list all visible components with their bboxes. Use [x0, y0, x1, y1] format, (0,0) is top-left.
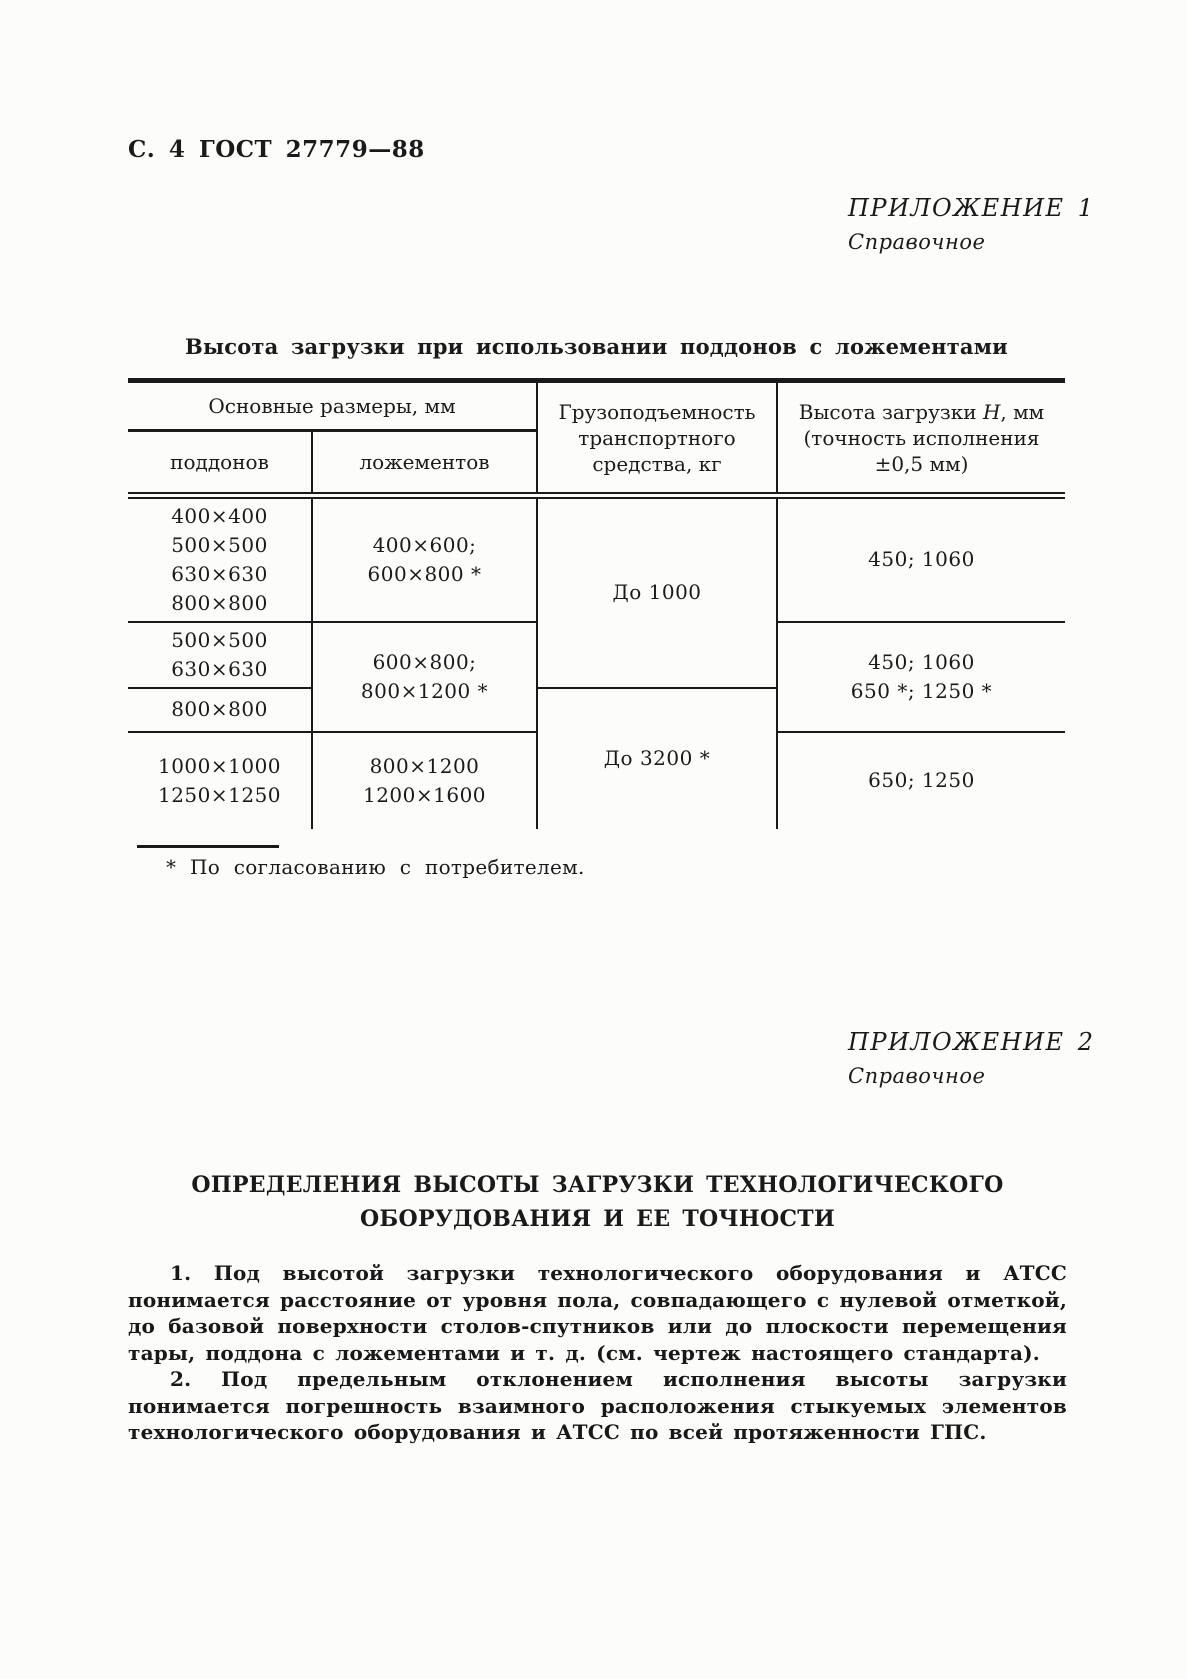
appendix-2-title: ПРИЛОЖЕНИЕ 2: [848, 1028, 1168, 1056]
header-lodgments: ложементов: [312, 431, 537, 496]
header-load-height-post: , мм: [1000, 400, 1044, 424]
cell-capacity-ab: До 1000: [537, 496, 777, 688]
running-head: С. 4 ГОСТ 27779—88: [128, 136, 425, 163]
table-row: 400×400 500×500 630×630 800×800 400×600;…: [128, 496, 1065, 622]
cell-pallets-c: 800×800: [128, 688, 312, 732]
header-basic-dimensions: Основные размеры, мм: [128, 381, 537, 431]
paragraph-1: 1. Под высотой загрузки технологического…: [128, 1260, 1067, 1366]
table-footnote: * По согласованию с потребителем.: [166, 855, 585, 879]
header-load-height-note: (точность исполнения ±0,5 мм): [778, 425, 1065, 477]
cell-capacity-cd: До 3200 *: [537, 688, 777, 829]
table-title: Высота загрузки при использовании поддон…: [128, 334, 1065, 359]
footnote-rule: [137, 845, 279, 848]
cell-pallets-d: 1000×1000 1250×1250: [128, 732, 312, 829]
cell-pallets-a: 400×400 500×500 630×630 800×800: [128, 496, 312, 622]
load-height-table: Основные размеры, мм Грузоподъемность тр…: [128, 378, 1065, 829]
appendix-1-title: ПРИЛОЖЕНИЕ 1: [848, 194, 1168, 222]
appendix-1-block: ПРИЛОЖЕНИЕ 1 Справочное: [848, 194, 1168, 254]
cell-height-bc: 450; 1060 650 *; 1250 *: [777, 622, 1065, 732]
paragraph-2: 2. Под предельным отклонением исполнения…: [128, 1366, 1067, 1446]
header-load-height-pre: Высота загрузки: [799, 400, 983, 424]
cell-pallets-b: 500×500 630×630: [128, 622, 312, 688]
height-symbol: H: [983, 400, 1000, 424]
cell-height-a: 450; 1060: [777, 496, 1065, 622]
cell-lodgments-d: 800×1200 1200×1600: [312, 732, 537, 829]
appendix-2-subtitle: Справочное: [848, 1064, 1168, 1088]
header-capacity: Грузоподъемность транспортного средства,…: [537, 381, 777, 496]
header-load-height: Высота загрузки H, мм (точность исполнен…: [777, 381, 1065, 496]
section-heading: ОПРЕДЕЛЕНИЯ ВЫСОТЫ ЗАГРУЗКИ ТЕХНОЛОГИЧЕС…: [128, 1168, 1067, 1236]
header-load-height-line1: Высота загрузки H, мм: [778, 399, 1065, 425]
document-page: С. 4 ГОСТ 27779—88 ПРИЛОЖЕНИЕ 1 Справочн…: [0, 0, 1187, 1679]
header-pallets: поддонов: [128, 431, 312, 496]
body-text: 1. Под высотой загрузки технологического…: [128, 1260, 1067, 1446]
cell-lodgments-a: 400×600; 600×800 *: [312, 496, 537, 622]
appendix-1-subtitle: Справочное: [848, 230, 1168, 254]
cell-lodgments-bc: 600×800; 800×1200 *: [312, 622, 537, 732]
cell-height-d: 650; 1250: [777, 732, 1065, 829]
appendix-2-block: ПРИЛОЖЕНИЕ 2 Справочное: [848, 1028, 1168, 1088]
table-header-row-1: Основные размеры, мм Грузоподъемность тр…: [128, 381, 1065, 431]
